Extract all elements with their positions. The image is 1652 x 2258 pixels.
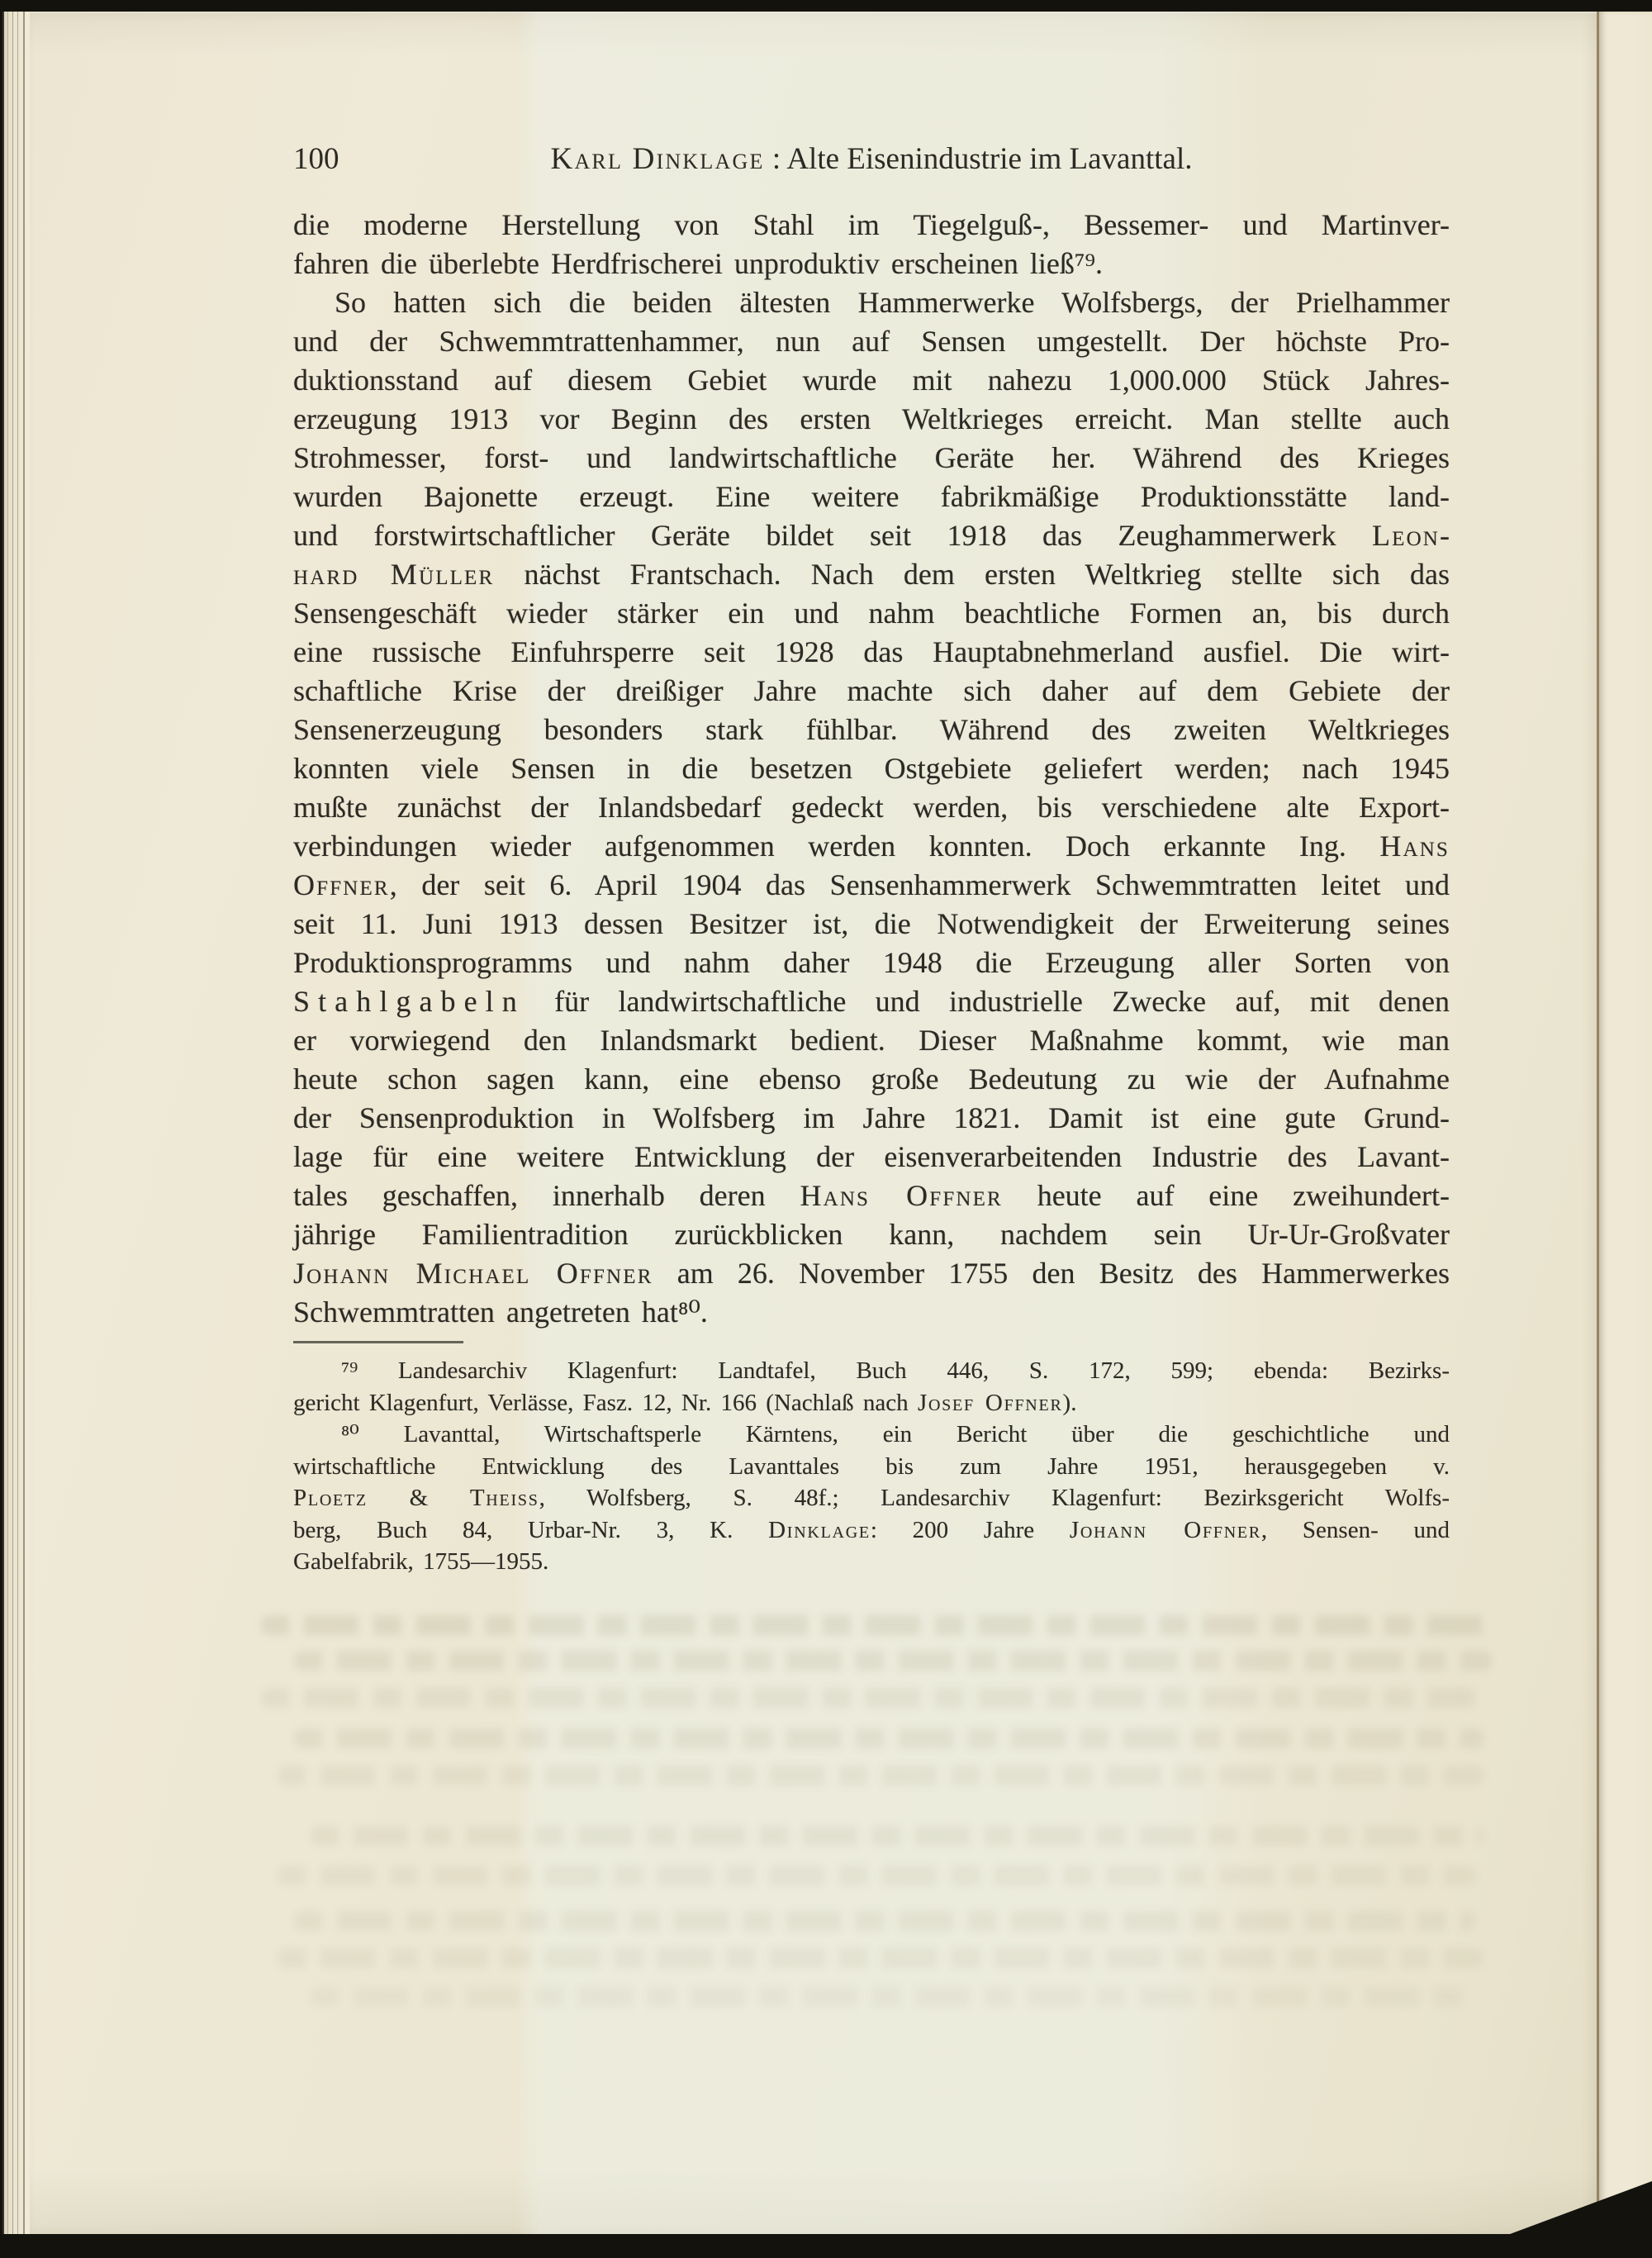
footnote-line: wirtschaftliche Entwicklung des Lavantta… [293, 1451, 1450, 1483]
body-text-line: Stahlgabeln für landwirtschaftliche und … [293, 982, 1450, 1021]
bleed-through-line [311, 1826, 1483, 1846]
bleed-through-line [294, 1728, 1483, 1748]
body-text-line: konnten viele Sensen in die besetzen Ost… [293, 749, 1450, 788]
body-text-line: jährige Familientradition zurückblicken … [293, 1215, 1450, 1254]
body-text-line: fahren die überlebte Herdfrischerei unpr… [293, 245, 1450, 283]
page-header: 100 Karl Dinklage : Alte Eisenindustrie … [293, 140, 1450, 178]
footnote-line: ⁸⁰ Lavanttal, Wirtschaftsperle Kärntens,… [293, 1419, 1450, 1451]
scan-frame-top [0, 0, 1652, 12]
book-scan: 100 Karl Dinklage : Alte Eisenindustrie … [0, 0, 1652, 2258]
book-page: 100 Karl Dinklage : Alte Eisenindustrie … [30, 12, 1597, 2236]
body-text-line: Johann Michael Offner am 26. November 17… [293, 1254, 1450, 1293]
body-text-line: und forstwirtschaftlicher Geräte bildet … [293, 516, 1450, 555]
bleed-through-line [294, 1651, 1492, 1671]
body-text-line: tales geschaffen, innerhalb deren Hans O… [293, 1177, 1450, 1215]
bleed-through-line [261, 1615, 1492, 1635]
body-text-line: duktionsstand auf diesem Gebiet wurde mi… [293, 361, 1450, 400]
footnote-line: Gabelfabrik, 1755—1955. [293, 1546, 1450, 1578]
body-text-line: Sensenerzeugung besonders stark fühlbar.… [293, 711, 1450, 749]
bleed-through-line [311, 1987, 1467, 2007]
body-text-line: seit 11. Juni 1913 dessen Besitzer ist, … [293, 905, 1450, 944]
body-text: die moderne Herstellung von Stahl im Tie… [293, 206, 1450, 1332]
body-text-line: eine russische Einfuhrsperre seit 1928 d… [293, 633, 1450, 672]
facing-page-edge [1597, 12, 1652, 2231]
body-text-line: und der Schwemmtrattenhammer, nun auf Se… [293, 322, 1450, 361]
body-text-line: Strohmesser, forst- und landwirtschaftli… [293, 439, 1450, 478]
page-number: 100 [293, 140, 339, 178]
bleed-through-line [278, 1948, 1483, 1968]
bleed-through-line [261, 1688, 1475, 1708]
body-text-line: Offner, der seit 6. April 1904 das Sense… [293, 866, 1450, 905]
scan-frame-left [0, 0, 2, 2258]
footnote-separator [293, 1341, 463, 1343]
footnotes: ⁷⁹ Landesarchiv Klagenfurt: Landtafel, B… [293, 1355, 1450, 1578]
body-text-line: mußte zunächst der Inlandsbedarf gedeckt… [293, 788, 1450, 827]
body-text-line: Sensengeschäft wieder stärker ein und na… [293, 594, 1450, 633]
body-text-line: erzeugung 1913 vor Beginn des ersten Wel… [293, 400, 1450, 439]
body-text-line: wurden Bajonette erzeugt. Eine weitere f… [293, 478, 1450, 516]
body-text-line: heute schon sagen kann, eine ebenso groß… [293, 1060, 1450, 1099]
footnote-line: ⁷⁹ Landesarchiv Klagenfurt: Landtafel, B… [293, 1355, 1450, 1387]
bleed-through-line [278, 1766, 1483, 1785]
body-text-line: Produktionsprogramms und nahm daher 1948… [293, 944, 1450, 982]
body-text-line: die moderne Herstellung von Stahl im Tie… [293, 206, 1450, 245]
bleed-through-line [278, 1866, 1475, 1885]
scan-frame-bottom [0, 2234, 1652, 2258]
footnote-line: Ploetz & Theiss, Wolfsberg, S. 48f.; Lan… [293, 1482, 1450, 1514]
bleed-through-line [294, 1911, 1475, 1931]
body-text-line: lage für eine weitere Entwicklung der ei… [293, 1138, 1450, 1177]
running-title: Karl Dinklage : Alte Eisenindustrie im L… [293, 140, 1450, 178]
body-text-line: schaftliche Krise der dreißiger Jahre ma… [293, 672, 1450, 711]
footnote-line: berg, Buch 84, Urbar-Nr. 3, K. Dinklage:… [293, 1514, 1450, 1547]
body-text-line: der Sensenproduktion in Wolfsberg im Jah… [293, 1099, 1450, 1138]
body-text-line: So hatten sich die beiden ältesten Hamme… [293, 283, 1450, 322]
body-text-line: hard Müller nächst Frantschach. Nach dem… [293, 555, 1450, 594]
body-text-line: verbindungen wieder aufgenommen werden k… [293, 827, 1450, 866]
footnote-line: gericht Klagenfurt, Verlässe, Fasz. 12, … [293, 1387, 1450, 1419]
body-text-line: er vorwiegend den Inlandsmarkt bedient. … [293, 1021, 1450, 1060]
body-text-line: Schwemmtratten angetreten hat⁸⁰. [293, 1293, 1450, 1332]
page-stack-edges [2, 11, 30, 2243]
